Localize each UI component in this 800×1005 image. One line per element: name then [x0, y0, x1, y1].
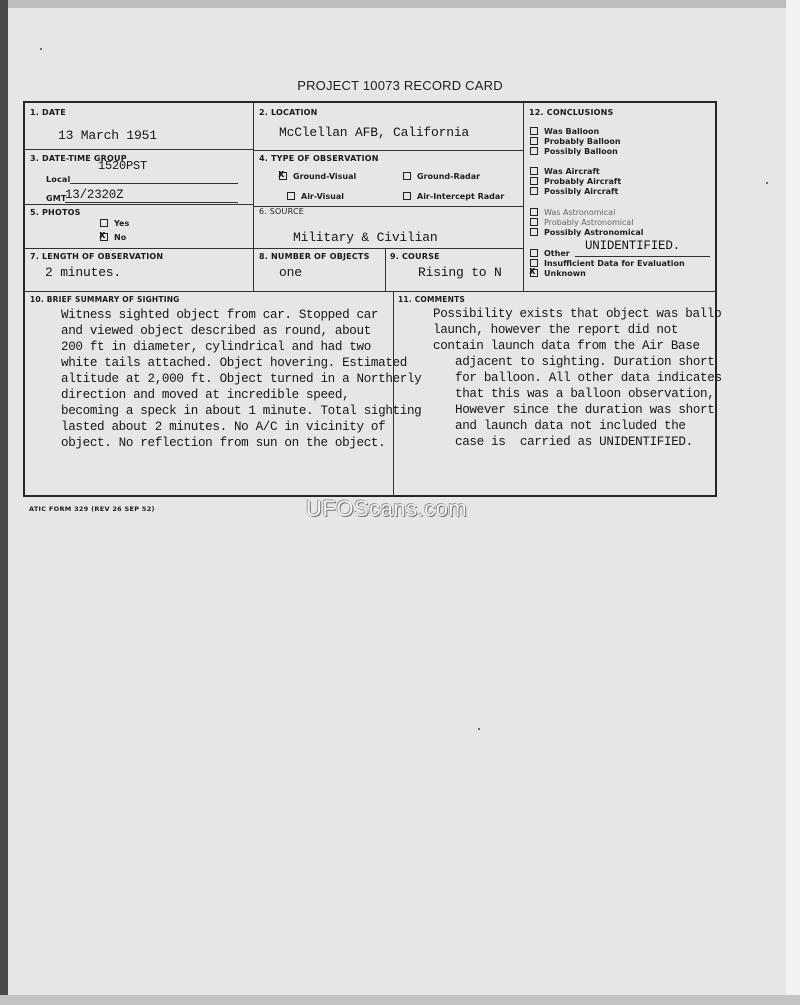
- scan-edge-right: [786, 0, 800, 1005]
- divider-row1-left: [25, 149, 253, 150]
- checkbox-checked-icon[interactable]: [530, 269, 538, 277]
- conclusion-probably-astronomical[interactable]: Probably Astronomical: [530, 218, 634, 227]
- conclusion-was-aircraft[interactable]: Was Aircraft: [530, 167, 600, 176]
- checkbox-icon[interactable]: [403, 192, 411, 200]
- conclusions-label: 12. CONCLUSIONS: [529, 108, 614, 117]
- number-of-objects-value: one: [279, 265, 302, 280]
- gmt-label: GMT: [46, 194, 67, 203]
- conclusion-other[interactable]: Other: [530, 249, 570, 258]
- checkbox-checked-icon[interactable]: [100, 233, 108, 241]
- conclusion-unknown[interactable]: Unknown: [530, 269, 586, 278]
- conclusion-was-balloon[interactable]: Was Balloon: [530, 127, 599, 136]
- checkbox-icon[interactable]: [530, 187, 538, 195]
- checkbox-icon[interactable]: [530, 218, 538, 226]
- checkbox-icon[interactable]: [530, 127, 538, 135]
- scan-edge-bottom: [0, 995, 800, 1005]
- course-value: Rising to N: [418, 265, 502, 280]
- conclusion-possibly-astronomical[interactable]: Possibly Astronomical: [530, 228, 643, 237]
- conclusion-possibly-balloon[interactable]: Possibly Balloon: [530, 147, 618, 156]
- course-label: 9. COURSE: [390, 252, 440, 261]
- checkbox-icon[interactable]: [530, 147, 538, 155]
- checkbox-icon[interactable]: [530, 137, 538, 145]
- checkbox-icon[interactable]: [530, 208, 538, 216]
- scan-speck: [766, 182, 768, 184]
- obs-air-visual[interactable]: Air-Visual: [287, 192, 344, 201]
- conclusion-was-astronomical[interactable]: Was Astronomical: [530, 208, 615, 217]
- watermark: UFOScans.com: [306, 496, 467, 522]
- scan-edge-left: [0, 0, 8, 1005]
- checkbox-icon[interactable]: [530, 167, 538, 175]
- comments-label: 11. COMMENTS: [398, 295, 465, 304]
- conclusion-probably-balloon[interactable]: Probably Balloon: [530, 137, 621, 146]
- checkbox-icon[interactable]: [530, 249, 538, 257]
- gmt-value: 13/2320Z: [65, 188, 123, 202]
- scan-edge-top: [0, 0, 800, 8]
- checkbox-icon[interactable]: [403, 172, 411, 180]
- length-of-observation-value: 2 minutes.: [45, 265, 121, 280]
- divider-objects-course: [385, 248, 386, 291]
- scan-speck: [478, 728, 480, 730]
- conclusion-probably-aircraft[interactable]: Probably Aircraft: [530, 177, 621, 186]
- location-value: McClellan AFB, California: [279, 125, 469, 140]
- conclusion-possibly-aircraft[interactable]: Possibly Aircraft: [530, 187, 618, 196]
- record-card: 1. DATE 13 March 1951 2. LOCATION McClel…: [23, 101, 717, 497]
- conclusion-other-value: UNIDENTIFIED.: [585, 239, 680, 253]
- date-value: 13 March 1951: [58, 128, 157, 143]
- local-underline: [70, 183, 238, 184]
- brief-summary-label: 10. BRIEF SUMMARY OF SIGHTING: [30, 295, 180, 304]
- gmt-underline: [65, 202, 238, 203]
- source-label: 6. SOURCE: [259, 207, 304, 216]
- obs-ground-visual[interactable]: Ground-Visual: [279, 172, 356, 181]
- photos-no[interactable]: No: [100, 233, 126, 242]
- conclusion-insufficient-data[interactable]: Insufficient Data for Evaluation: [530, 259, 685, 268]
- obs-ground-radar[interactable]: Ground-Radar: [403, 172, 480, 181]
- brief-summary-text: Witness sighted object from car. Stopped…: [61, 307, 421, 451]
- checkbox-checked-icon[interactable]: [279, 172, 287, 180]
- checkbox-icon[interactable]: [100, 219, 108, 227]
- form-number: ATIC FORM 329 (REV 26 SEP 52): [29, 505, 155, 513]
- comments-text: Possibility exists that object was ballo…: [433, 306, 722, 450]
- type-of-observation-label: 4. TYPE OF OBSERVATION: [259, 154, 379, 163]
- checkbox-icon[interactable]: [530, 228, 538, 236]
- photos-label: 5. PHOTOS: [30, 208, 81, 217]
- source-value: Military & Civilian: [293, 230, 437, 245]
- divider-row4: [25, 291, 717, 292]
- divider-row2-left: [25, 204, 253, 205]
- scan-speck: [40, 48, 42, 50]
- divider-col2: [523, 103, 524, 291]
- checkbox-icon[interactable]: [287, 192, 295, 200]
- checkbox-icon[interactable]: [530, 177, 538, 185]
- local-label: Local: [46, 175, 70, 184]
- divider-row3: [25, 248, 523, 249]
- number-of-objects-label: 8. NUMBER OF OBJECTS: [259, 252, 370, 261]
- obs-air-intercept-radar[interactable]: Air-Intercept Radar: [403, 192, 504, 201]
- date-label: 1. DATE: [30, 108, 66, 117]
- other-underline: [575, 256, 710, 257]
- local-time-value: 1520PST: [98, 159, 147, 173]
- location-label: 2. LOCATION: [259, 108, 318, 117]
- divider-col1: [253, 103, 254, 291]
- length-of-observation-label: 7. LENGTH OF OBSERVATION: [30, 252, 163, 261]
- divider-row1-mid: [253, 150, 523, 151]
- page-title: PROJECT 10073 RECORD CARD: [0, 78, 800, 93]
